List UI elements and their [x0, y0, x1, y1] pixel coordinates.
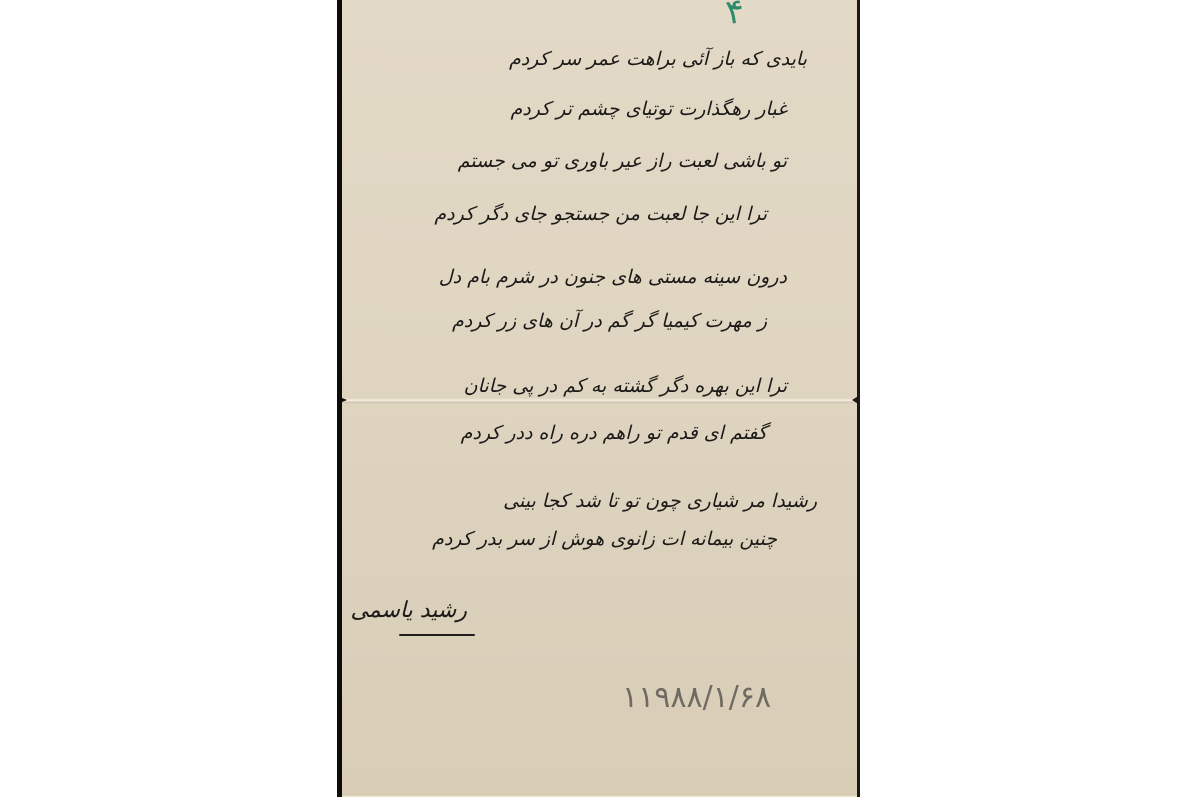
poem-line-4: ترا این جا لعبت من جستجو جای دگر کردم	[434, 203, 767, 225]
fold-line	[342, 398, 857, 404]
poem-line-2: غبار رهگذارت توتیای چشم تر کردم	[511, 98, 787, 120]
poem-line-6: ز مهرت کیمیا گر گم در آن های زر کردم	[452, 310, 767, 332]
archive-number: ۱۱۹۸۸/۱/۶۸	[622, 680, 771, 715]
poem-line-7: ترا این بهره دگر گشته به کم در پی جانان	[464, 375, 787, 397]
green-page-mark: ۴	[723, 0, 747, 33]
poem-line-10: چنین بیمانه ات زانوی هوش از سر بدر کردم	[432, 528, 777, 550]
manuscript-page: ۴ بایدی که باز آئی براهت عمر سر کردم غبا…	[337, 0, 860, 797]
page-bottom-edge	[342, 794, 857, 797]
signature: رشید یاسمی	[350, 598, 467, 623]
poem-line-5: درون سینه مستی های جنون در شرم بام دل	[439, 266, 787, 288]
signature-underline	[399, 634, 475, 636]
poem-line-9: رشیدا مر شیاری چون تو تا شد کجا بینی	[503, 490, 817, 512]
poem-line-3: تو باشی لعبت راز عیر باوری تو می جستم	[458, 150, 787, 172]
poem-line-1: بایدی که باز آئی براهت عمر سر کردم	[509, 48, 807, 70]
poem-line-8: گفتم ای قدم تو راهم دره راه ددر کردم	[461, 422, 767, 444]
